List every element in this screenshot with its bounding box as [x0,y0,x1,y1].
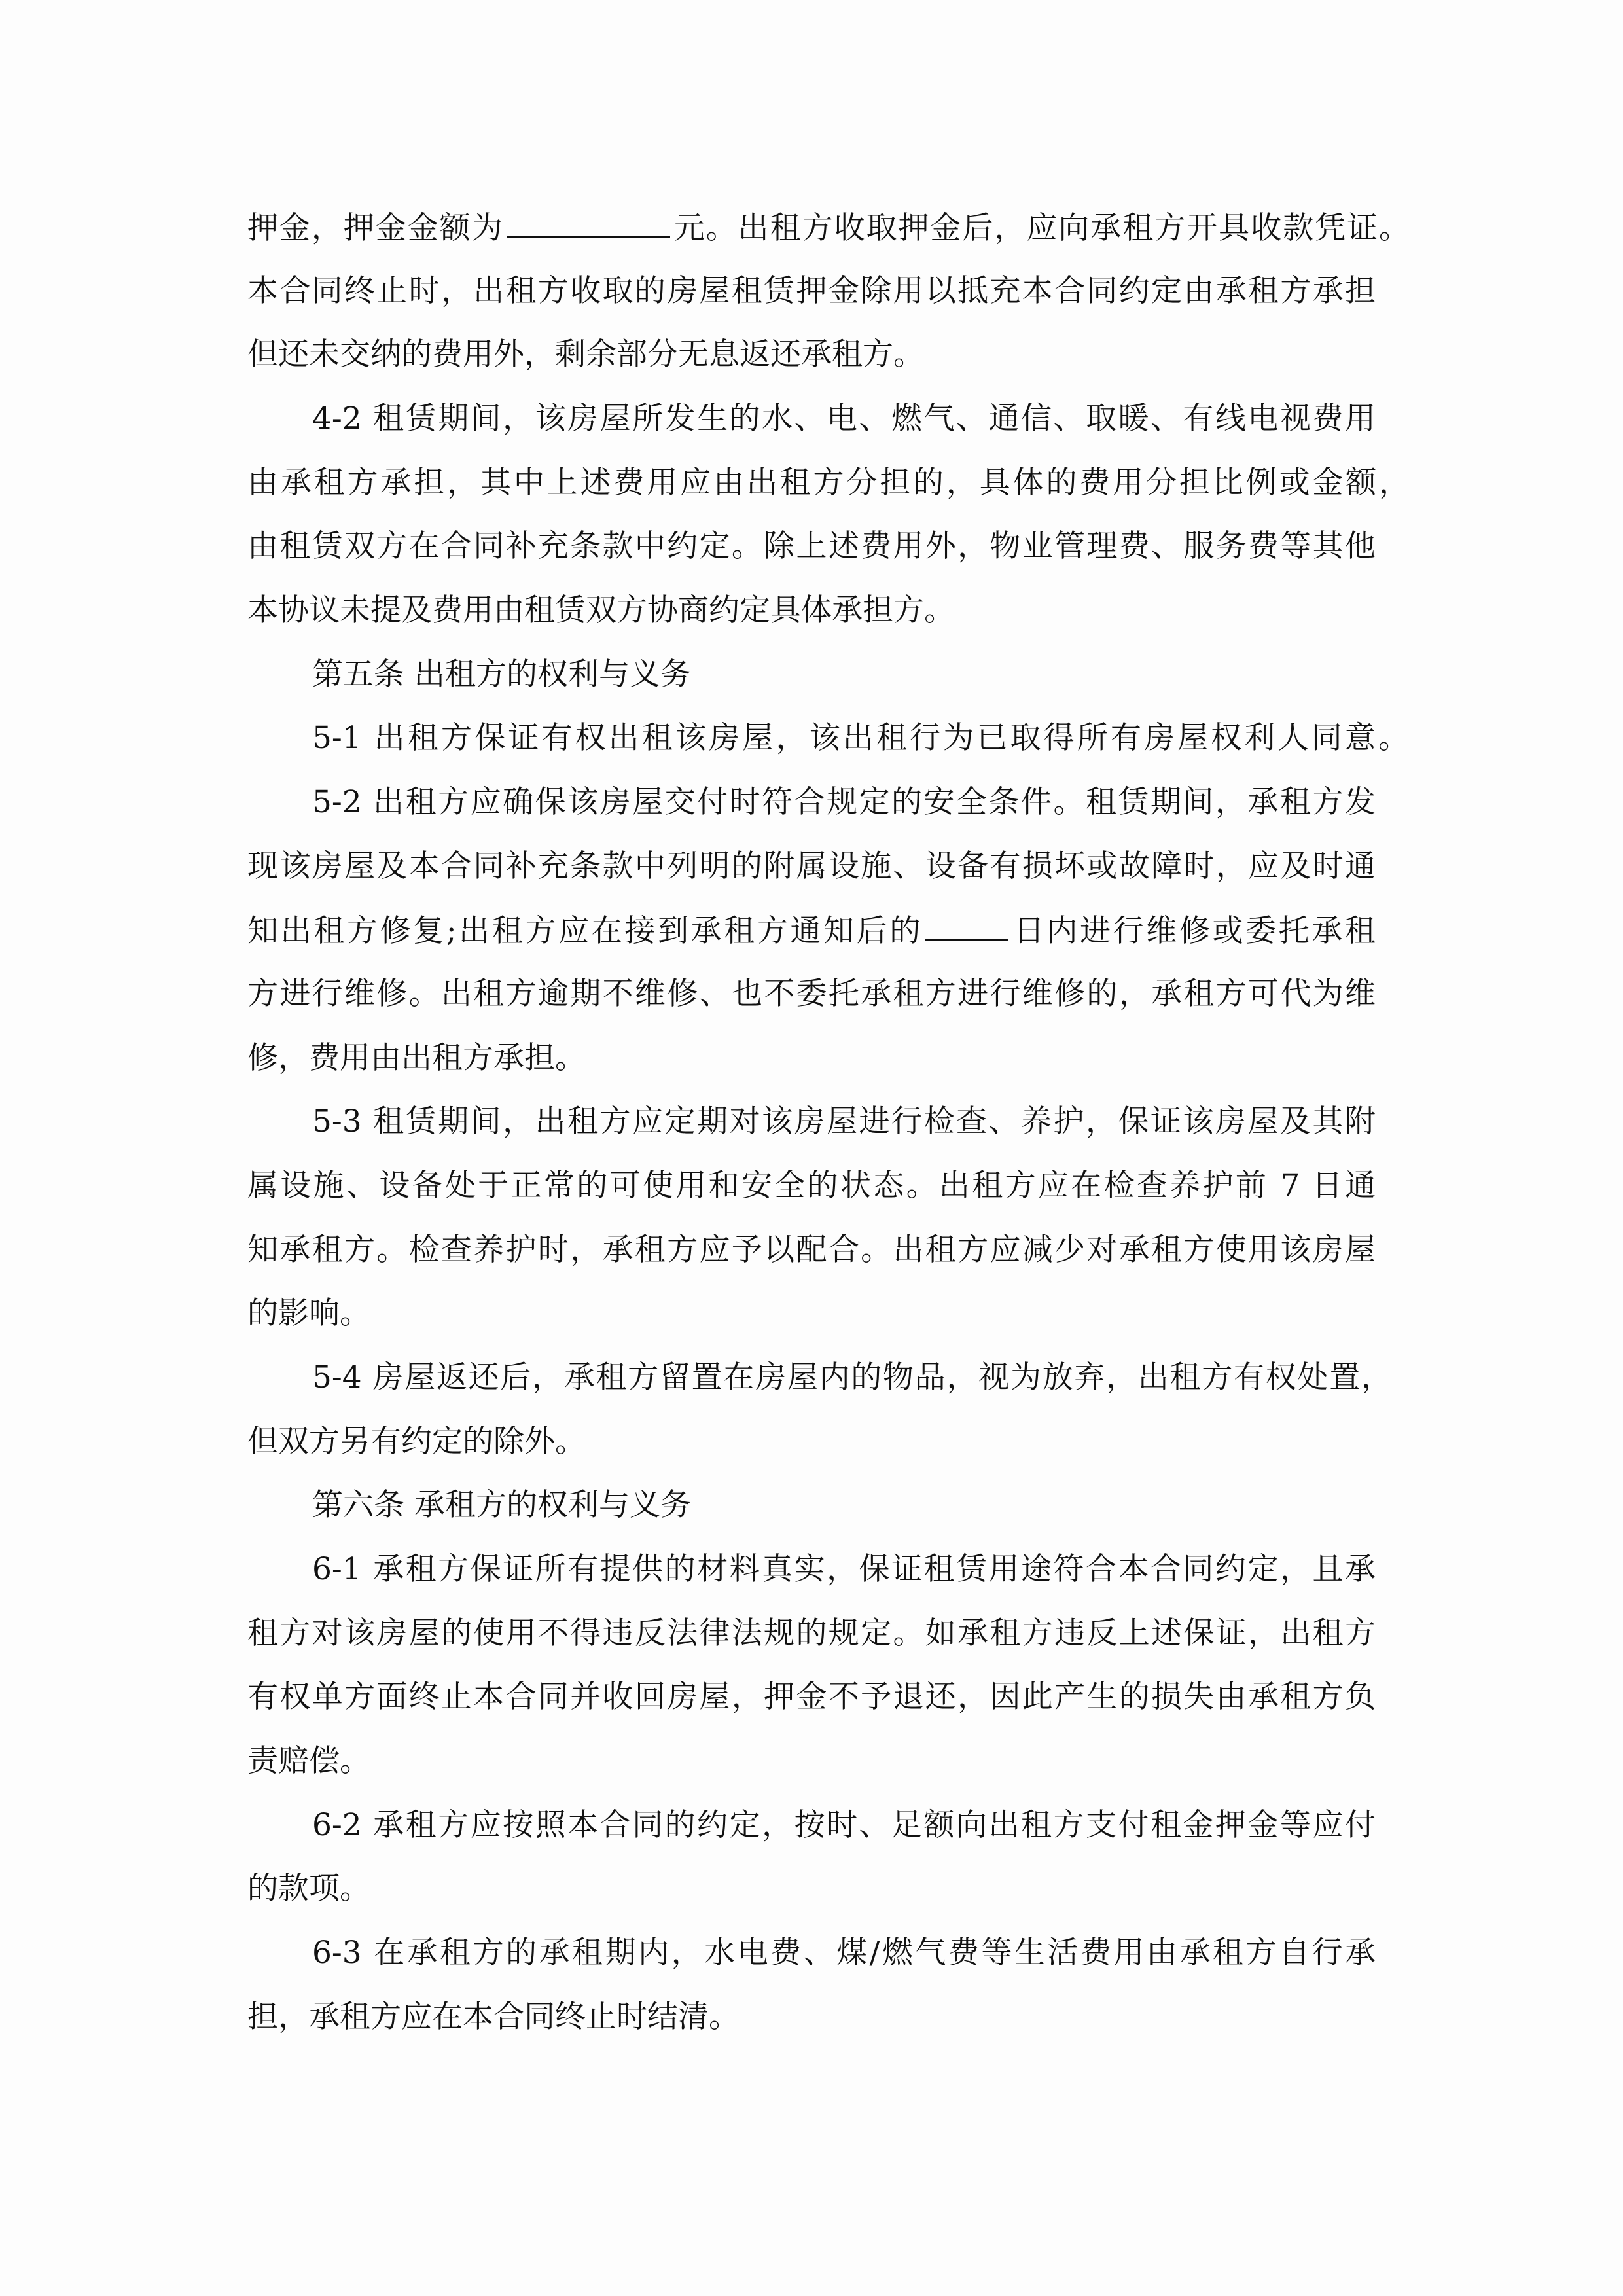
clause-6-2-line: 6-2 承租方应按照本合同的约定，按时、足额向出租方支付租金押金等应付 [312,1806,1376,1845]
clause-6-1-line: 有权单方面终止本合同并收回房屋，押金不予退还，因此产生的损失由承租方负 [247,1677,1376,1717]
clause-5-2-line: 现该房屋及本合同补充条款中列明的附属设施、设备有损坏或故障时，应及时通 [247,847,1376,886]
deposit-amount-blank [507,207,670,238]
clause-5-4-line: 5-4 房屋返还后，承租方留置在房屋内的物品，视为放弃，出租方有权处置， [312,1358,1392,1397]
line-text: 押金，押金金额为 [247,210,504,246]
clause-5-3-line: 知承租方。检查养护时，承租方应予以配合。出租方应减少对承租方使用该房屋 [247,1230,1376,1270]
clause-5-2-line: 方进行维修。出租方逾期不维修、也不委托承租方进行维修的，承租方可代为维 [247,975,1376,1014]
clause-6-1-line: 6-1 承租方保证所有提供的材料真实，保证租赁用途符合本合同约定，且承 [312,1550,1376,1589]
clause-6-1-line: 责赔偿。 [247,1742,370,1781]
clause-6-3-line: 担，承租方应在本合同终止时结清。 [247,1998,740,2037]
document-page: 押金，押金金额为元。出租方收取押金后，应向承租方开具收款凭证。 本合同终止时，出… [0,0,1623,2296]
paragraph-line: 但还未交纳的费用外，剩余部分无息返还承租方。 [247,335,924,374]
section-heading-article-6: 第六条 承租方的权利与义务 [312,1486,691,1525]
paragraph-line: 本合同终止时，出租方收取的房屋租赁押金除用以抵充本合同约定由承租方承担 [247,272,1376,311]
clause-4-2-line: 由承租方承担，其中上述费用应由出租方分担的，具体的费用分担比例或金额， [247,463,1410,503]
clause-5-3-line: 的影响。 [247,1294,370,1333]
line-text: 元。出租方收取押金后，应向承租方开具收款凭证。 [673,210,1410,246]
clause-5-3-line: 属设施、设备处于正常的可使用和安全的状态。出租方应在检查养护前 7 日通 [247,1166,1376,1206]
clause-4-2-line: 4-2 租赁期间，该房屋所发生的水、电、燃气、通信、取暖、有线电视费用 [312,399,1376,439]
clause-4-2-line: 本协议未提及费用由租赁双方协商约定具体承担方。 [247,591,955,630]
section-heading-article-5: 第五条 出租方的权利与义务 [312,655,691,694]
clause-5-2-line: 修，费用由出租方承担。 [247,1039,586,1078]
clause-5-2-line: 5-2 出租方应确保该房屋交付时符合规定的安全条件。租赁期间，承租方发 [312,783,1376,822]
clause-6-1-line: 租方对该房屋的使用不得违反法律法规的规定。如承租方违反上述保证，出租方 [247,1614,1376,1653]
clause-5-4-line: 但双方另有约定的除外。 [247,1422,586,1462]
line-text: 日内进行维修或委托承租 [1011,913,1376,949]
repair-days-blank [925,910,1008,941]
line-text: 知出租方修复;出租方应在接到承租方通知后的 [247,913,923,949]
clause-5-2-line-repair-days: 知出租方修复;出租方应在接到承租方通知后的日内进行维修或委托承租 [247,910,1376,950]
clause-5-3-line: 5-3 租赁期间，出租方应定期对该房屋进行检查、养护，保证该房屋及其附 [312,1102,1376,1141]
paragraph-line-deposit-amount: 押金，押金金额为元。出租方收取押金后，应向承租方开具收款凭证。 [247,207,1410,247]
clause-4-2-line: 由租赁双方在合同补充条款中约定。除上述费用外，物业管理费、服务费等其他 [247,527,1376,566]
clause-6-3-line: 6-3 在承租方的承租期内，水电费、煤/燃气费等生活费用由承租方自行承 [312,1933,1376,1973]
clause-5-1-line: 5-1 出租方保证有权出租该房屋，该出租行为已取得所有房屋权利人同意。 [312,719,1409,758]
clause-6-2-line: 的款项。 [247,1869,370,1909]
